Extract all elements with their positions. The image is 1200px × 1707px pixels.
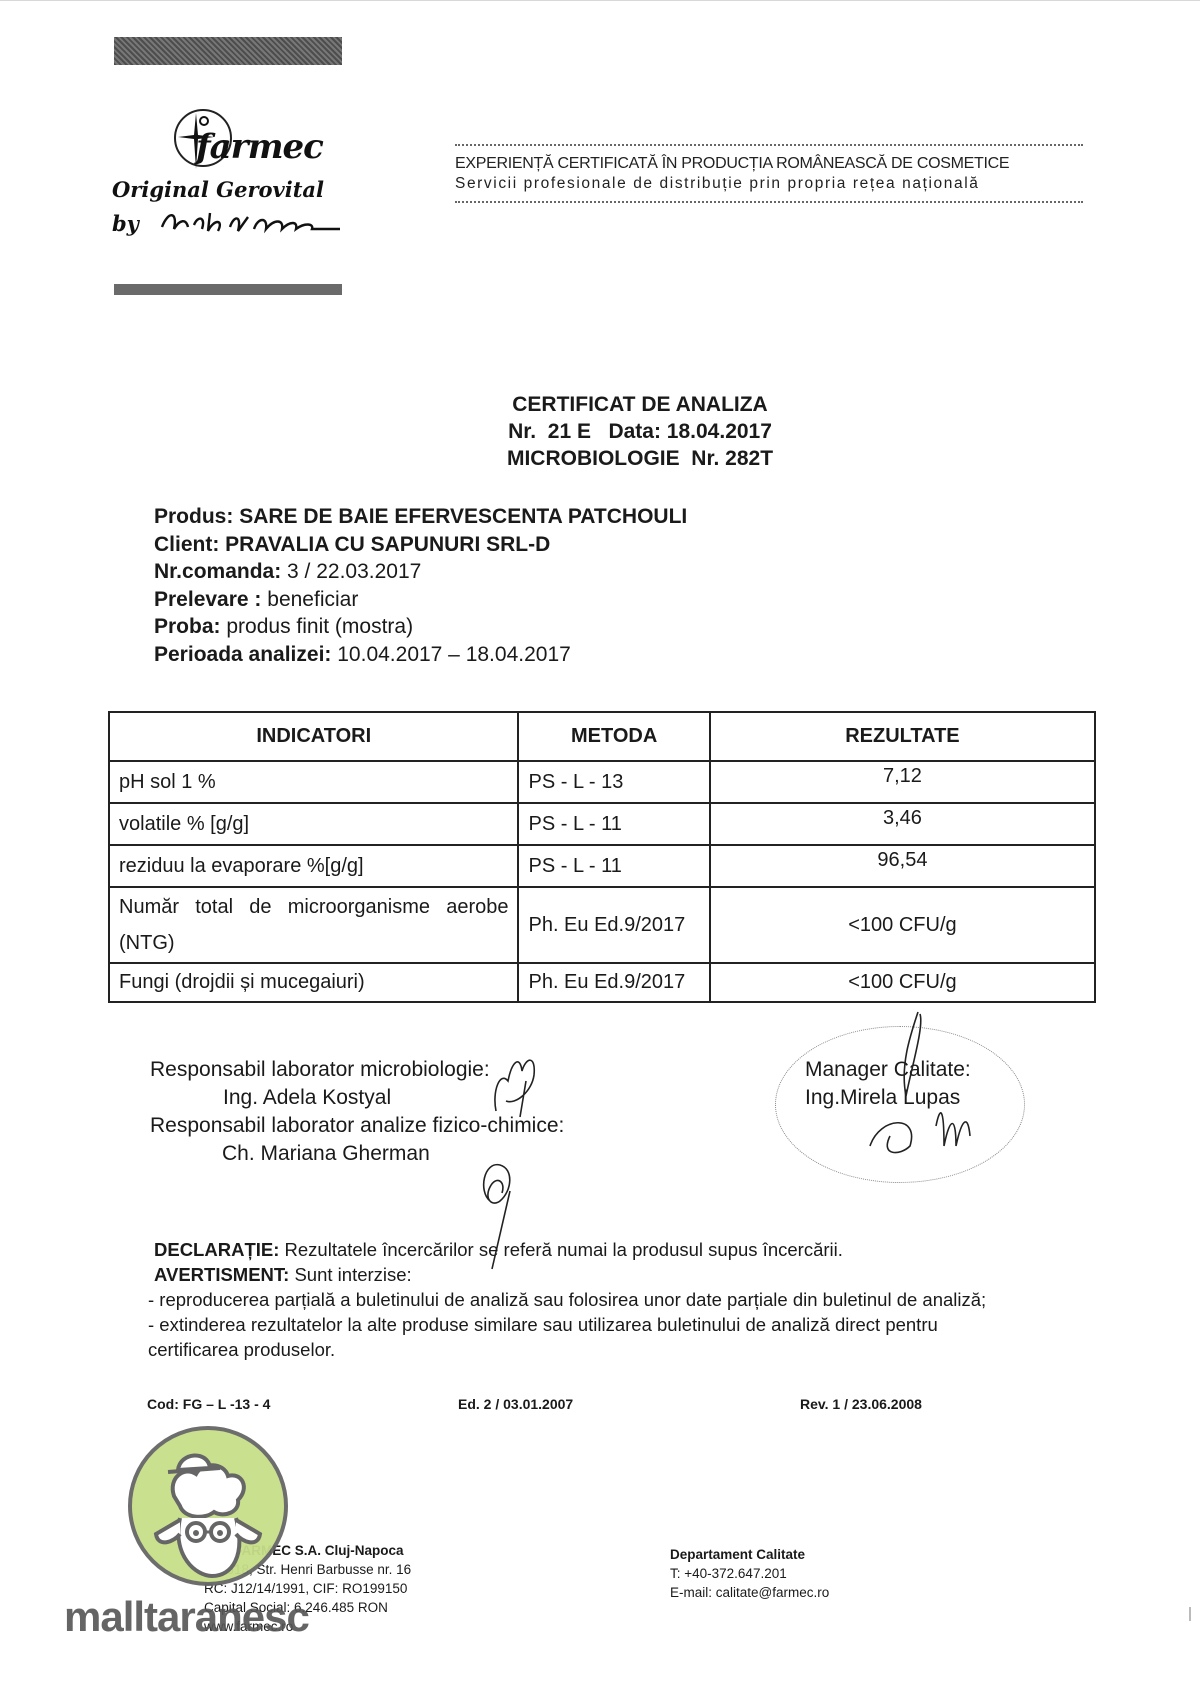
table-row: Număr total de microorganisme aerobe (NT… (109, 887, 1095, 963)
sample-row: Proba: produs finit (mostra) (154, 613, 687, 641)
department-name: Departament Calitate (670, 1545, 829, 1564)
header-results: REZULTATE (710, 712, 1095, 761)
client-value: PRAVALIA CU SAPUNURI SRL-D (225, 533, 550, 556)
sampling-row: Prelevare : beneficiar (154, 586, 687, 614)
sample-value: produs finit (mostra) (226, 615, 413, 638)
logo-brand: farmec (196, 127, 323, 167)
sheep-mascot-icon (128, 1426, 288, 1586)
warning-line: AVERTISMENT: Sunt interzise: (154, 1262, 1074, 1287)
warning-item-1: - reproducerea parțială a buletinului de… (148, 1287, 1074, 1312)
period-row: Perioada analizei: 10.04.2017 – 18.04.20… (154, 641, 687, 669)
quality-department-block: Departament Calitate T: +40-372.647.201 … (670, 1545, 829, 1602)
results-table-header: INDICATORI METODA REZULTATE (109, 712, 1095, 761)
table-row: reziduu la evaporare %[g/g] PS - L - 11 … (109, 845, 1095, 887)
warning-item-2: - extinderea rezultatelor la alte produs… (148, 1312, 1074, 1337)
header-gray-bar-top (114, 37, 342, 65)
certificate-number: Nr. 21 E Data: 18.04.2017 (430, 418, 850, 445)
certificate-page: farmec Original Gerovital by EXPERIENȚĂ … (0, 0, 1200, 1707)
table-row: pH sol 1 % PS - L - 13 7,12 (109, 761, 1095, 803)
microbiology-number: MICROBIOLOGIE Nr. 282T (430, 445, 850, 472)
table-row: Fungi (drojdii și mucegaiuri) Ph. Eu Ed.… (109, 963, 1095, 1002)
form-code: Cod: FG – L -13 - 4 (147, 1396, 270, 1412)
header-indicators: INDICATORI (109, 712, 518, 761)
manager-signature-icon (840, 1006, 1000, 1166)
scroll-edge-mark (1189, 1607, 1191, 1621)
declaration-block: DECLARAȚIE: Rezultatele încercărilor se … (154, 1237, 1074, 1362)
certificate-title-block: CERTIFICAT DE ANALIZA Nr. 21 E Data: 18.… (430, 391, 850, 472)
product-row: Produs: SARE DE BAIE EFERVESCENTA PATCHO… (154, 503, 687, 531)
order-value: 3 / 22.03.2017 (287, 560, 421, 583)
certificate-title: CERTIFICAT DE ANALIZA (430, 391, 850, 418)
product-info: Produs: SARE DE BAIE EFERVESCENTA PATCHO… (154, 503, 687, 668)
declaration-line: DECLARAȚIE: Rezultatele încercărilor se … (154, 1237, 1074, 1262)
table-row: volatile % [g/g] PS - L - 11 3,46 (109, 803, 1095, 845)
sampling-value: beneficiar (267, 588, 358, 611)
form-revision: Rev. 1 / 23.06.2008 (800, 1396, 922, 1412)
logo-tagline: Original Gerovital (112, 177, 324, 202)
watermark-text: malltaranesc (64, 1593, 309, 1641)
order-row: Nr.comanda: 3 / 22.03.2017 (154, 558, 687, 586)
results-table: INDICATORI METODA REZULTATE pH sol 1 % P… (108, 711, 1096, 1003)
farmec-logo-mark: farmec (170, 105, 320, 171)
header-gray-bar-bottom (114, 284, 342, 295)
department-email: E-mail: calitate@farmec.ro (670, 1583, 829, 1602)
micro-signature-icon (486, 1051, 556, 1121)
client-row: Client: PRAVALIA CU SAPUNURI SRL-D (154, 531, 687, 559)
slogan-line-2: Servicii profesionale de distribuție pri… (455, 175, 1083, 193)
department-phone: T: +40-372.647.201 (670, 1564, 829, 1583)
slogan-dotted-rule-bottom (455, 201, 1083, 203)
logo-by: by (112, 211, 139, 236)
slogan-line-1: EXPERIENȚĂ CERTIFICATĂ ÎN PRODUCȚIA ROMÂ… (455, 155, 1083, 173)
period-value: 10.04.2017 – 18.04.2017 (337, 643, 571, 666)
aslan-signature-icon (158, 205, 344, 239)
slogan-block: EXPERIENȚĂ CERTIFICATĂ ÎN PRODUCȚIA ROMÂ… (455, 144, 1083, 203)
product-value: SARE DE BAIE EFERVESCENTA PATCHOULI (239, 505, 687, 528)
form-edition: Ed. 2 / 03.01.2007 (458, 1396, 573, 1412)
slogan-dotted-rule-top (455, 144, 1083, 146)
header-method: METODA (518, 712, 709, 761)
warning-item-2-cont: certificarea produselor. (148, 1337, 1074, 1362)
